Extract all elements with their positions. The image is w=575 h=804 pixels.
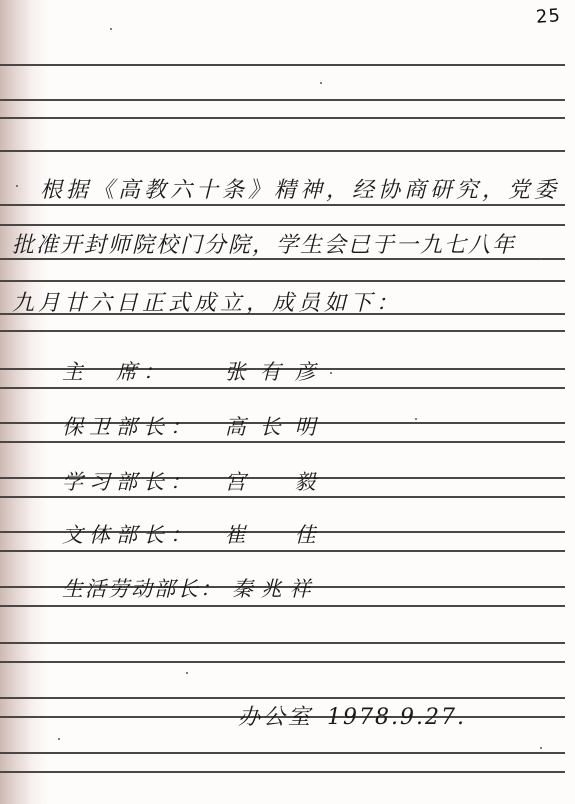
ruled-line <box>0 117 565 119</box>
scan-speck <box>540 747 542 749</box>
ruled-line <box>0 605 565 607</box>
member-row-security: 保卫部长： 高长明 <box>62 411 330 441</box>
scan-speck <box>186 672 188 674</box>
ruled-line <box>0 330 565 332</box>
paragraph-line-3: 九月廿六日正式成立，成员如下： <box>12 286 402 317</box>
ruled-line <box>0 752 565 754</box>
member-name: 宫 毅 <box>225 466 330 496</box>
member-row-study: 学习部长： 宫 毅 <box>62 466 330 496</box>
ruled-line <box>0 150 565 152</box>
scan-speck <box>16 185 18 187</box>
ruled-line <box>0 697 565 699</box>
ruled-line <box>0 387 565 389</box>
scan-speck <box>320 82 322 84</box>
ruled-line <box>0 280 565 282</box>
ruled-line <box>0 771 565 773</box>
paragraph-line-1: 根据《高教六十条》精神，经协商研究，党委 <box>40 173 560 204</box>
scan-speck <box>540 258 542 260</box>
ruled-line <box>0 661 565 663</box>
member-role: 学习部长： <box>62 466 212 496</box>
member-name: 秦兆祥 <box>232 573 319 603</box>
member-name: 高长明 <box>225 411 330 441</box>
scan-speck <box>330 372 332 374</box>
ruled-line <box>0 204 565 206</box>
ruled-line <box>0 224 565 226</box>
scan-speck <box>415 418 417 420</box>
paragraph-line-2: 批准开封师院校门分院，学生会已于一九七八年 <box>12 228 516 259</box>
ruled-line <box>0 441 565 443</box>
page-number: 25 <box>535 5 561 28</box>
scan-speck <box>58 738 60 740</box>
ruled-line <box>0 99 565 101</box>
signature-date: 1978.9.27. <box>327 705 466 730</box>
member-role: 保卫部长： <box>62 411 212 441</box>
member-name: 崔 佳 <box>225 519 330 549</box>
member-role: 生活劳动部长： <box>62 573 223 603</box>
member-row-sports-culture: 文体部长： 崔 佳 <box>62 519 330 549</box>
ruled-line <box>0 550 565 552</box>
scan-speck <box>110 28 112 30</box>
ruled-line <box>0 64 565 66</box>
member-role: 文体部长： <box>62 519 212 549</box>
member-name: 张有彦 <box>225 356 330 386</box>
signature-issuer: 办公室 <box>238 705 313 730</box>
member-row-chairman: 主 席： 张有彦 <box>62 356 330 386</box>
signature: 办公室1978.9.27. <box>238 700 466 731</box>
ruled-line <box>0 496 565 498</box>
member-role: 主 席： <box>62 356 212 386</box>
notebook-page: 25 根据《高教六十条》精神，经协商研究，党委 批准开封师院校门分院，学生会已于… <box>0 0 575 804</box>
member-row-life-labor: 生活劳动部长： 秦兆祥 <box>62 573 319 603</box>
ruled-line <box>0 642 565 644</box>
